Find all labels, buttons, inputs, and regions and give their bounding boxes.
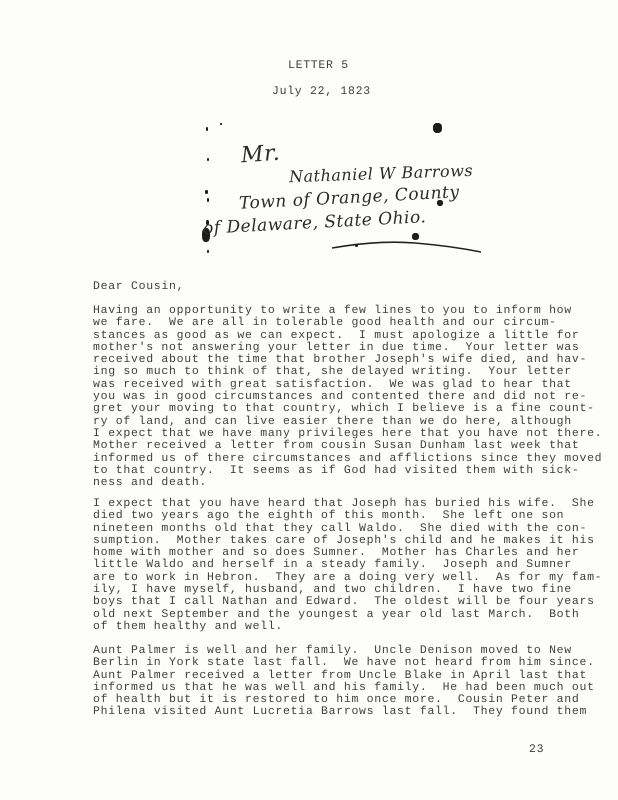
- salutation: Dear Cousin,: [93, 281, 184, 293]
- scan-artifact: [355, 244, 358, 247]
- letter-page: LETTER 5 July 22, 1823 Mr. Nathaniel W B…: [0, 0, 618, 800]
- scan-artifact: [220, 123, 222, 125]
- scan-artifact: [207, 250, 209, 253]
- page-number: 23: [529, 744, 544, 756]
- scan-artifact: [205, 190, 208, 194]
- envelope-scan: Mr. Nathaniel W Barrows Town of Orange, …: [183, 120, 485, 262]
- scan-artifact: [206, 127, 208, 131]
- scan-artifact: [207, 158, 209, 161]
- envelope-address-line-1: Mr.: [240, 141, 281, 169]
- letter-paragraph-3: Aunt Palmer is well and her family. Uncl…: [93, 645, 595, 719]
- letter-date: July 22, 1823: [272, 86, 371, 98]
- scan-artifact: [207, 198, 209, 202]
- letter-paragraph-1: Having an opportunity to write a few lin…: [93, 305, 602, 489]
- scan-artifact: [433, 123, 442, 133]
- letter-paragraph-2: I expect that you have heard that Joseph…: [93, 498, 602, 633]
- scan-artifact: [412, 233, 419, 240]
- letter-heading: LETTER 5: [288, 60, 349, 72]
